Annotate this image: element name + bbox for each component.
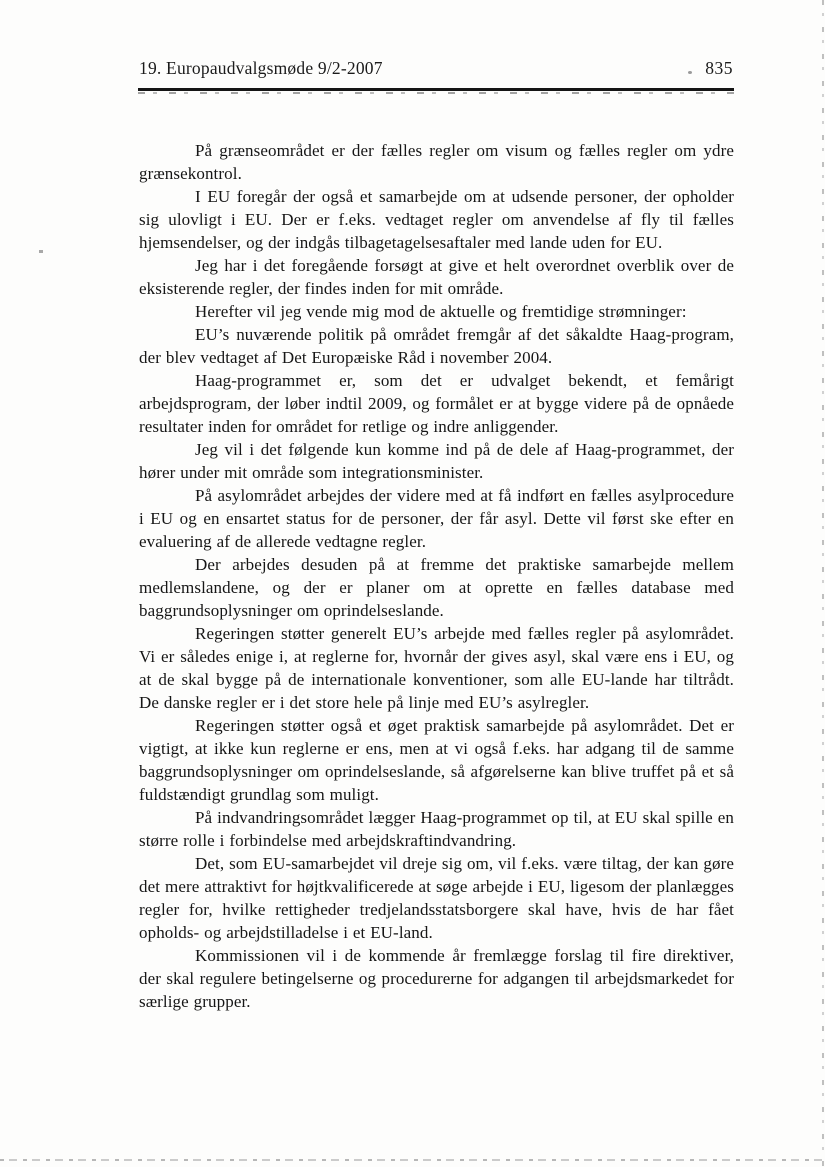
paragraph-7: Jeg vil i det følgende kun komme ind på …: [139, 438, 734, 484]
header-rule: [138, 88, 734, 94]
scan-artifact-right-edge: [822, 0, 824, 1167]
paragraph-10: Regeringen støtter generelt EU’s arbejde…: [139, 622, 734, 714]
paragraph-1: På grænseområdet er der fælles regler om…: [139, 139, 734, 185]
paragraph-14: Kommissionen vil i de kommende år fremlæ…: [139, 944, 734, 1013]
paragraph-13: Det, som EU-samarbejdet vil dreje sig om…: [139, 852, 734, 944]
paragraph-2: I EU foregår der også et samarbejde om a…: [139, 185, 734, 254]
document-page: 19. Europaudvalgsmøde 9/2-2007 835 På gr…: [0, 0, 825, 1167]
scan-speck-before-page-number: [688, 71, 692, 74]
scan-artifact-bottom-edge: [0, 1159, 825, 1161]
paragraph-3: Jeg har i det foregående forsøgt at give…: [139, 254, 734, 300]
paragraph-12: På indvandringsområdet lægger Haag-progr…: [139, 806, 734, 852]
header-title: 19. Europaudvalgsmøde 9/2-2007: [139, 56, 383, 80]
page-header: 19. Europaudvalgsmøde 9/2-2007 835: [139, 56, 733, 80]
header-rule-main-line: [138, 88, 734, 91]
paragraph-8: På asylområdet arbejdes der videre med a…: [139, 484, 734, 553]
document-body: På grænseområdet er der fælles regler om…: [139, 139, 734, 1013]
header-rule-broken-line: [138, 92, 734, 94]
paragraph-5: EU’s nuværende politik på området fremgå…: [139, 323, 734, 369]
paragraph-4: Herefter vil jeg vende mig mod de aktuel…: [139, 300, 734, 323]
paragraph-6: Haag-programmet er, som det er udvalget …: [139, 369, 734, 438]
paragraph-11: Regeringen støtter også et øget praktisk…: [139, 714, 734, 806]
header-page-number: 835: [705, 56, 733, 80]
paragraph-9: Der arbejdes desuden på at fremme det pr…: [139, 553, 734, 622]
scan-speck-left-margin: [39, 250, 43, 253]
